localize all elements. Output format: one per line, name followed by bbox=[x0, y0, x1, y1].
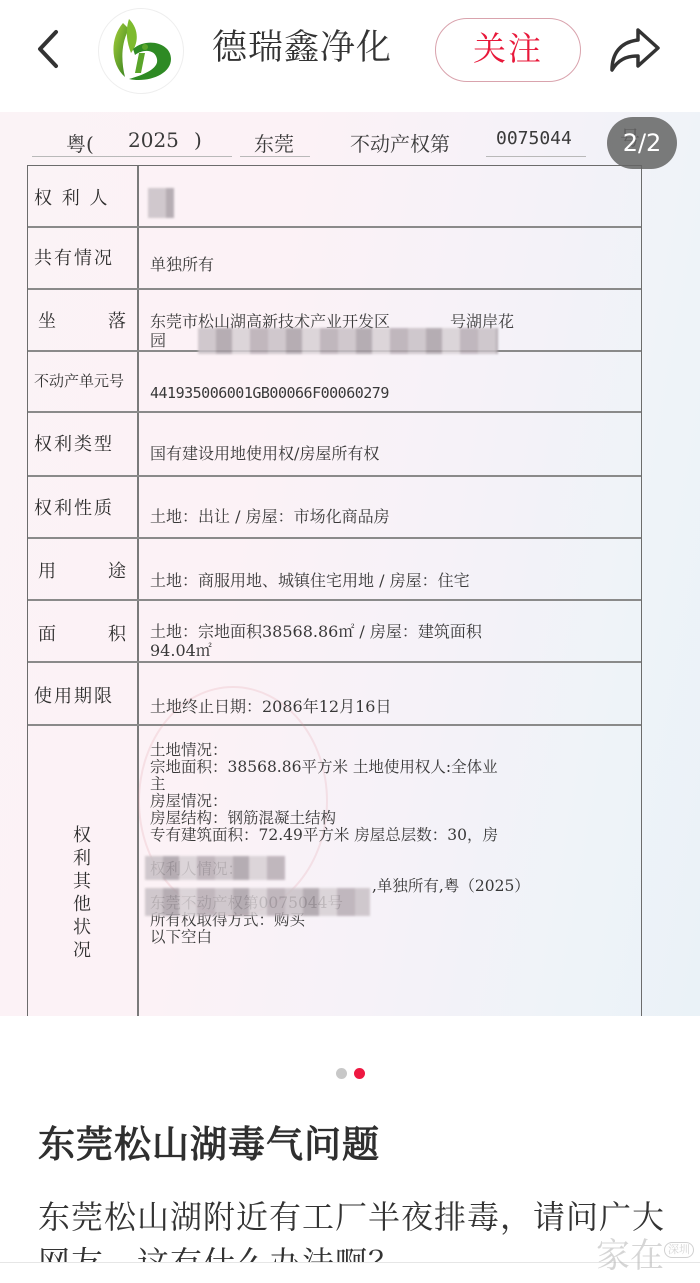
label-term: 使用期限 bbox=[34, 682, 132, 708]
row-divider bbox=[28, 411, 641, 413]
label-location: 坐落 bbox=[34, 307, 132, 333]
label-co-ownership: 共有情况 bbox=[34, 244, 132, 270]
value-co-ownership: 单独所有 bbox=[150, 255, 620, 274]
carousel-dot-1[interactable] bbox=[336, 1068, 347, 1079]
back-button[interactable] bbox=[28, 24, 68, 74]
heading-city: 东莞 bbox=[254, 128, 294, 157]
redacted-room bbox=[145, 856, 285, 880]
author-avatar[interactable] bbox=[98, 8, 184, 94]
chevron-left-icon bbox=[28, 24, 68, 74]
row-divider bbox=[28, 226, 641, 228]
heading-underline bbox=[240, 156, 310, 157]
site-watermark: 家在 深圳 bbox=[596, 1236, 700, 1282]
redacted-owner-id bbox=[145, 888, 370, 916]
share-button[interactable] bbox=[606, 24, 662, 74]
heading-year: 2025 bbox=[128, 128, 179, 152]
carousel-dot-2-active[interactable] bbox=[354, 1068, 365, 1079]
heading-underline bbox=[32, 156, 232, 157]
value-usage: 土地：商服用地、城镇住宅用地 / 房屋：住宅 bbox=[150, 571, 620, 590]
value-unit-number: 441935006001GB00066F00060279 bbox=[150, 384, 620, 403]
heading-close-paren: ) bbox=[194, 128, 202, 152]
certificate-heading: 粤( 2025 ) 东莞 不动产权第 0075044 号 bbox=[0, 120, 700, 160]
heading-underline bbox=[486, 156, 586, 157]
label-right-type: 权利类型 bbox=[34, 430, 132, 456]
column-divider bbox=[137, 166, 139, 1016]
value-right-nature: 土地：出让 / 房屋：市场化商品房 bbox=[150, 507, 620, 526]
carousel-dots bbox=[336, 1068, 365, 1079]
row-divider bbox=[28, 288, 641, 290]
certificate-table: 权 利 人 共有情况 单独所有 坐落 东莞市松山湖高新技术产业开发区号湖岸花 园… bbox=[27, 165, 642, 1016]
heading-label: 不动产权第 bbox=[350, 128, 450, 157]
label-right-nature: 权利性质 bbox=[34, 494, 132, 520]
certificate-image[interactable]: 粤( 2025 ) 东莞 不动产权第 0075044 号 权 利 人 共有情况 … bbox=[0, 112, 700, 1016]
page-indicator-badge: 2/2 bbox=[607, 117, 677, 169]
redacted-address bbox=[198, 328, 498, 354]
post-title: 东莞松山湖毒气问题 bbox=[38, 1120, 380, 1170]
row-divider bbox=[28, 599, 641, 601]
redacted-name bbox=[148, 188, 174, 218]
value-term: 土地终止日期：2086年12月16日 bbox=[150, 697, 620, 716]
row-divider bbox=[28, 475, 641, 477]
top-nav-bar: 德瑞鑫净化 关注 bbox=[0, 0, 700, 112]
bottom-bar bbox=[0, 1262, 700, 1283]
label-usage: 用途 bbox=[34, 557, 132, 583]
follow-button[interactable]: 关注 bbox=[435, 18, 581, 82]
heading-province: 粤( bbox=[66, 128, 94, 157]
leaf-d-logo-icon bbox=[99, 9, 184, 94]
row-divider bbox=[28, 724, 641, 726]
author-name[interactable]: 德瑞鑫净化 bbox=[212, 26, 392, 70]
label-other-conditions: 权 利 其 他 状 况 bbox=[34, 824, 132, 962]
heading-number: 0075044 bbox=[496, 128, 572, 149]
row-divider bbox=[28, 661, 641, 663]
label-right-holder: 权 利 人 bbox=[34, 184, 132, 210]
value-area: 土地：宗地面积38568.86㎡ / 房屋：建筑面积 94.04㎡ bbox=[150, 622, 620, 660]
value-right-type: 国有建设用地使用权/房屋所有权 bbox=[150, 444, 620, 463]
label-area: 面积 bbox=[34, 620, 132, 646]
label-unit-number: 不动产单元号 bbox=[34, 370, 132, 391]
share-arrow-icon bbox=[606, 24, 662, 74]
row-divider bbox=[28, 537, 641, 539]
